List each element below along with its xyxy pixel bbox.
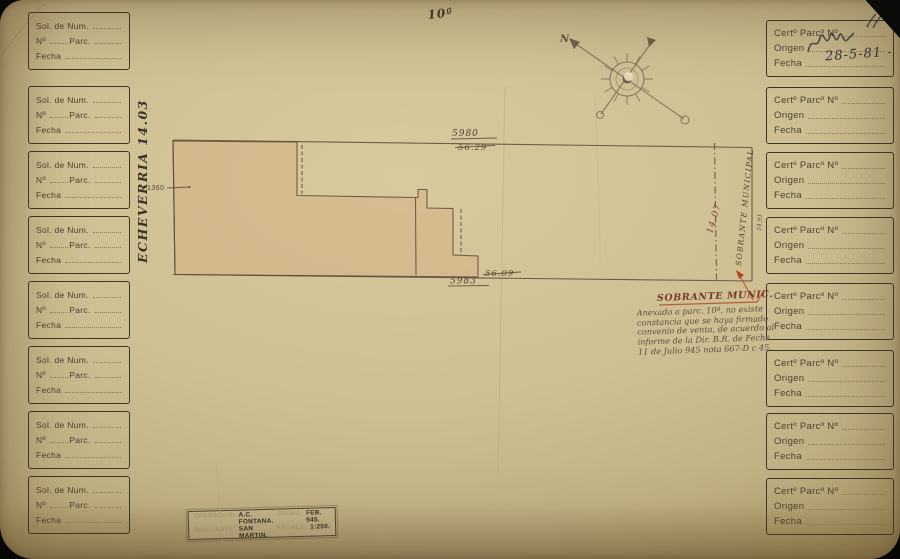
label-sol-de-num: Sol. de Num. (36, 225, 89, 235)
certificado-box-4: Certº Parcº Nº Origen Fecha (766, 217, 894, 274)
fill-line (65, 457, 121, 458)
fill-line (50, 117, 68, 118)
label-fecha: Fecha (36, 51, 61, 61)
fill-line (50, 247, 68, 248)
label-sol-de-num: Sol. de Num. (36, 160, 89, 170)
fill-line (808, 444, 885, 445)
fill-line (50, 182, 68, 183)
label-fecha: Fecha (774, 388, 802, 399)
fill-line (806, 396, 885, 397)
fill-line (50, 442, 68, 443)
fill-line (65, 327, 121, 328)
dibujante-label: DIBUJANTE: (194, 526, 236, 541)
escala-value: 1:250. (310, 523, 330, 538)
box-row: NºParc. (36, 36, 122, 46)
note-title: SOBRANTE MUNIC. (636, 288, 794, 305)
fill-line (50, 507, 68, 508)
fill-line (806, 329, 885, 330)
dibujante-value: SAN MARTIN. (239, 525, 277, 540)
box-row: Fecha (36, 51, 122, 61)
label-origen: Origen (774, 436, 804, 447)
label-parcela: Parc. (69, 500, 90, 510)
label-fecha: Fecha (36, 255, 61, 265)
parcel-10a-shape (173, 141, 478, 277)
parcel-outline (167, 138, 752, 286)
fill-line (842, 366, 885, 367)
label-origen: Origen (774, 43, 804, 54)
surveyor-stamp: OPERADOR:A.C. FONTANA. FECHA:FEB. 945. D… (188, 507, 337, 540)
scanned-cadastral-sheet: Sol. de Num. NºParc. Fecha Sol. de Num. … (0, 0, 900, 559)
certificado-box-1: Certº Parcº Nº Origen Fecha 28-5-81 - (766, 20, 894, 77)
fill-line (93, 232, 121, 233)
certificado-box-3: Certº Parcº Nº Origen Fecha (766, 152, 894, 209)
fill-line (93, 28, 121, 29)
dim-top-struck: 56.29 (458, 143, 487, 153)
label-numero: Nº (36, 36, 46, 46)
dim-bottom-struck: 56.09 (485, 269, 514, 279)
label-cert-parc: Certº Parcº Nº (774, 358, 838, 369)
label-origen: Origen (774, 110, 804, 121)
certificado-box-7: Certº Parcº Nº Origen Fecha (766, 413, 894, 470)
label-cert-parc: Certº Parcº Nº (774, 421, 838, 432)
fill-line (65, 262, 121, 263)
fill-line (842, 494, 885, 495)
label-origen: Origen (774, 373, 804, 384)
fill-line (806, 524, 885, 525)
compass-rose-icon (569, 37, 689, 124)
certificado-box-6: Certº Parcº Nº Origen Fecha (766, 350, 894, 407)
solicitud-box-2: Sol. de Num. NºParc. Fecha (28, 86, 130, 144)
solicitud-box-5: Sol. de Num. NºParc. Fecha (28, 281, 130, 339)
label-parcela: Parc. (69, 305, 90, 315)
fill-line (806, 263, 885, 264)
solicitud-box-3: Sol. de Num. NºParc. Fecha (28, 151, 130, 209)
fill-line (93, 427, 121, 428)
label-sol-de-num: Sol. de Num. (36, 355, 89, 365)
fill-line (808, 118, 885, 119)
label-parcela: Parc. (69, 435, 90, 445)
label-numero: Nº (36, 240, 46, 250)
label-sol-de-num: Sol. de Num. (36, 95, 89, 105)
fill-line (95, 247, 121, 248)
label-sol-de-num: Sol. de Num. (36, 21, 89, 31)
fecha-value: FEB. 945. (306, 509, 330, 524)
certificado-box-8: Certº Parcº Nº Origen Fecha (766, 478, 894, 535)
fill-line (65, 522, 121, 523)
label-parcela: Parc. (69, 36, 90, 46)
north-label: N (559, 34, 570, 45)
fill-line (842, 233, 885, 234)
fill-line (806, 133, 885, 134)
label-fecha: Fecha (36, 190, 61, 200)
label-origen: Origen (774, 175, 804, 186)
fill-line (95, 377, 121, 378)
operador-value: A.C. FONTANA. (238, 511, 277, 526)
dim-bottom: 5983 (450, 277, 477, 287)
fill-line (95, 507, 121, 508)
label-fecha: Fecha (36, 320, 61, 330)
fill-line (806, 198, 885, 199)
label-parcela: Parc. (69, 370, 90, 380)
label-cert-parc: Certº Parcº Nº (774, 225, 838, 236)
label-cert-parc: Certº Parcº Nº (774, 28, 838, 39)
label-cert-parc: Certº Parcº Nº (774, 486, 838, 497)
label-numero: Nº (36, 435, 46, 445)
fill-line (65, 392, 121, 393)
label-fecha: Fecha (774, 451, 802, 462)
label-cert-parc: Certº Parcº Nº (774, 95, 838, 106)
label-fecha: Fecha (774, 125, 802, 136)
label-numero: Nº (36, 110, 46, 120)
fill-line (65, 132, 121, 133)
label-fecha: Fecha (36, 515, 61, 525)
fill-line (808, 381, 885, 382)
paper-sheet: Sol. de Num. NºParc. Fecha Sol. de Num. … (0, 0, 900, 559)
fill-line (65, 197, 121, 198)
solicitud-box-8: Sol. de Num. NºParc. Fecha (28, 476, 130, 534)
stamp-row: DIBUJANTE:SAN MARTIN. ESCALA:1:250. (194, 523, 330, 541)
label-parcela: Parc. (69, 240, 90, 250)
fill-line (808, 248, 885, 249)
label-fecha: Fecha (36, 385, 61, 395)
dim-right-edge: 14.91 (756, 214, 764, 232)
certificado-box-2: Certº Parcº Nº Origen Fecha (766, 87, 894, 144)
fill-line (842, 168, 885, 169)
fill-line (95, 312, 121, 313)
operador-label: OPERADOR: (194, 512, 236, 527)
label-fecha: Fecha (774, 516, 802, 527)
label-parcela: Parc. (69, 175, 90, 185)
label-sol-de-num: Sol. de Num. (36, 485, 89, 495)
solicitud-box-1: Sol. de Num. NºParc. Fecha (28, 12, 130, 70)
street-name-label: ECHEVERRIA 14.03 (135, 99, 150, 264)
label-fecha: Fecha (774, 255, 802, 266)
fill-line (95, 182, 121, 183)
fill-line (50, 312, 68, 313)
fill-line (842, 299, 885, 300)
label-sol-de-num: Sol. de Num. (36, 420, 89, 430)
fill-line (65, 58, 121, 59)
label-numero: Nº (36, 175, 46, 185)
label-fecha: Fecha (774, 58, 802, 69)
fill-line (50, 377, 68, 378)
label-numero: Nº (36, 305, 46, 315)
label-numero: Nº (36, 500, 46, 510)
label-origen: Origen (774, 501, 804, 512)
solicitud-box-7: Sol. de Num. NºParc. Fecha (28, 411, 130, 469)
fill-line (806, 66, 885, 67)
label-fecha: Fecha (36, 125, 61, 135)
escala-label: ESCALA: (277, 524, 308, 539)
fill-line (842, 429, 885, 430)
dim-top: 5980 (452, 129, 479, 139)
label-origen: Origen (774, 240, 804, 251)
parcel-number-label: 10ª (427, 5, 454, 22)
fill-line (93, 167, 121, 168)
label-fecha: Fecha (36, 450, 61, 460)
fill-line (93, 492, 121, 493)
label-parcela: Parc. (69, 110, 90, 120)
label-cert-parc: Certº Parcº Nº (774, 160, 838, 171)
fill-line (808, 183, 885, 184)
fill-line (808, 314, 885, 315)
sobrante-municipal-label: SOBRANTE MUNICIPAL (734, 148, 755, 266)
dim-left: 1360 (147, 185, 165, 192)
label-numero: Nº (36, 370, 46, 380)
fill-line (93, 362, 121, 363)
fill-line (806, 459, 885, 460)
dim-right-inner: 14.07 (705, 203, 724, 235)
fill-line (842, 36, 885, 37)
fill-line (95, 43, 121, 44)
sobrante-note: SOBRANTE MUNIC. Anexado a parc. 10ª, no … (636, 288, 796, 357)
fill-line (93, 297, 121, 298)
fill-line (842, 103, 885, 104)
fill-line (95, 442, 121, 443)
fecha-label: FECHA: (277, 510, 303, 525)
fill-line (95, 117, 121, 118)
label-sol-de-num: Sol. de Num. (36, 290, 89, 300)
survey-plan-drawing: 10ª ECHEVERRIA 14.03 N 5980 56.29 5983 5… (0, 0, 900, 559)
fill-line (808, 509, 885, 510)
solicitud-box-4: Sol. de Num. NºParc. Fecha (28, 216, 130, 274)
fill-line (50, 43, 68, 44)
solicitud-box-6: Sol. de Num. NºParc. Fecha (28, 346, 130, 404)
box-row: Sol. de Num. (36, 21, 122, 31)
label-fecha: Fecha (774, 190, 802, 201)
fill-line (93, 102, 121, 103)
